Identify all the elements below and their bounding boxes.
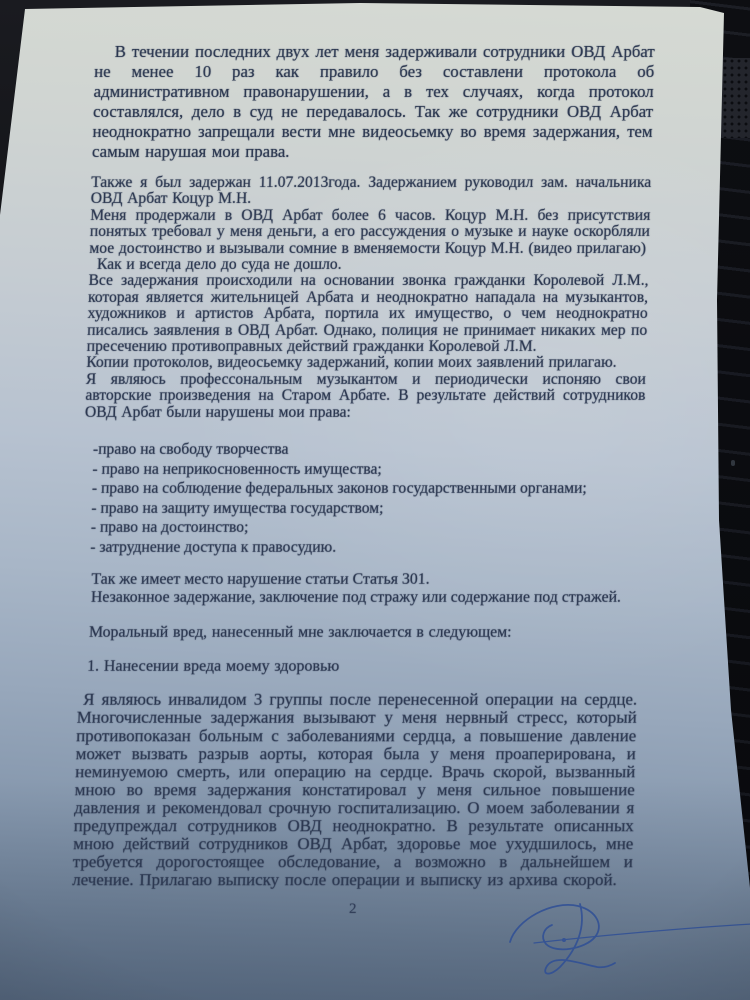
paragraph-detentions: В течении последних двух лет меня задерж…: [92, 42, 655, 162]
list-item: -право на свободу творчества: [93, 440, 645, 460]
article-301-line2: Незаконное задержание, заключение под ст…: [91, 589, 640, 607]
paragraph-no-court: Как и всегда дело до суда не дошло.: [89, 257, 649, 273]
rights-list: -право на свободу творчества - право на …: [90, 440, 644, 558]
paragraph-copies: Копии протоколов, видеосьемку задержаний…: [86, 355, 646, 371]
document-text: В течении последних двух лет меня задерж…: [72, 42, 655, 889]
signature-oval-loop: [510, 905, 599, 949]
list-item: - право на неприкосновенность имущества;: [92, 460, 644, 480]
paragraph-moral-harm: Моральный вред, нанесенный мне заключает…: [89, 625, 639, 641]
paragraph-koroleva: Все задержания происходили на основании …: [87, 273, 649, 355]
signature-descender: [545, 904, 615, 974]
page-number: 2: [349, 901, 357, 918]
paragraph-health: Я являюсь инвалидом 3 группы после перен…: [72, 691, 637, 889]
list-item: - право на достоинство;: [91, 518, 643, 538]
list-item: - затруднение доступа к правосудию.: [90, 538, 642, 558]
paragraph-kotsur: Меня продержали в ОВД Арбат более 6 часо…: [89, 208, 650, 257]
numbered-item-health: 1. Нанесении вреда моему здоровью: [87, 659, 638, 675]
list-item: - право на защиту имущества государством…: [91, 499, 643, 519]
signature-ink-dot: [562, 938, 566, 942]
photo-of-document: В течении последних двух лет меня задерж…: [0, 0, 750, 1000]
signature-cross-stroke: [534, 924, 750, 943]
handwritten-signature: [494, 874, 750, 996]
paragraph-arrest-date: Также я был задержан 11.07.2013года. Зад…: [91, 175, 652, 208]
article-301-block: Так же имеет место нарушение статьи Стат…: [91, 571, 641, 608]
paragraph-musician: Я являюсь профессональным музыкантом и п…: [85, 372, 646, 421]
article-301-line1: Так же имеет место нарушение статьи Стат…: [91, 571, 640, 589]
list-item: - право на соблюдение федеральных законо…: [92, 479, 644, 499]
dust-speck: [731, 460, 735, 466]
